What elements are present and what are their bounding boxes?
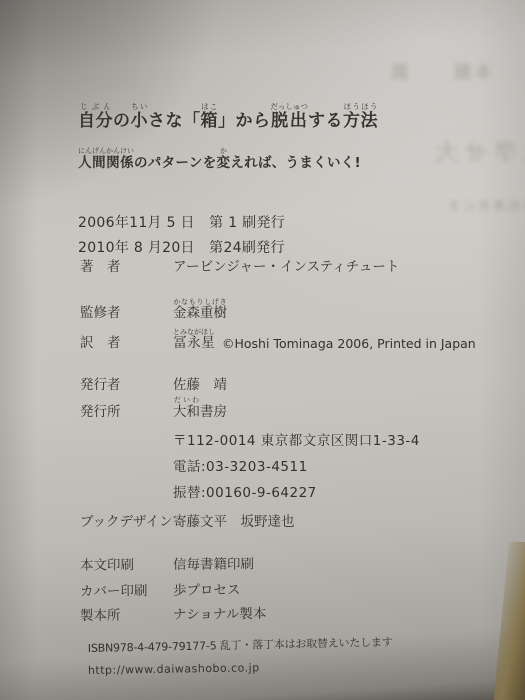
showthrough-text: 上学せ大 (415, 136, 525, 167)
book-design-value: 寄藤文平 坂野達也 (173, 514, 295, 531)
current-printing-line: 2010年 8 月20日 第24刷発行 (78, 236, 285, 261)
bindery-label: 製本所 (80, 607, 173, 625)
showthrough-text: 車松巣世にま (415, 197, 525, 214)
copyright-notice: ©Hoshi Tominaga 2006, Printed in Japan (222, 336, 476, 352)
book-title: 自分じぶんの 小ちいさな「 箱はこ」から 脱出だっしゅつする 方法ほうほう (78, 102, 378, 131)
first-printing-line: 2006年11月 5 日 第 1 刷発行 (78, 211, 285, 236)
isbn-line: ISBN978-4-479-79177-5 乱丁・落丁本はお取替えいたします (88, 634, 393, 656)
publisher-row: 発行所 大和だいわ書房 (80, 389, 227, 421)
supervisor-value: 金森重樹かなもりしげき (173, 298, 227, 322)
text-printing-row: 本文印刷 信毎書籍印刷 (80, 556, 254, 574)
publisher-postal-transfer: 振替:00160-9-64227 (173, 481, 317, 501)
text-printing-value: 信毎書籍印刷 (173, 556, 254, 573)
publisher-label: 発行所 (80, 404, 173, 421)
text-printing-label: 本文印刷 (80, 557, 173, 575)
publisher-website-url: http://www.daiwashobo.co.jp (88, 661, 260, 677)
bindery-value: ナショナル製本 (173, 606, 266, 624)
translator-label: 訳 者 (80, 335, 173, 352)
translator-value: 冨永とみなが星ほし (173, 328, 215, 352)
book-design-label: ブックデザイン (80, 514, 173, 531)
cover-printing-row: カバー印刷 歩プロセス (80, 582, 241, 600)
book-colophon-photo: { "page": { "title": { "segments": [ {"b… (0, 0, 525, 700)
cover-printing-label: カバー印刷 (80, 583, 173, 601)
book-subtitle: 人間関係にんげんかんけいのパターンを 変かえれば、うまくいく! (78, 147, 361, 171)
printing-history: 2006年11月 5 日 第 1 刷発行 2010年 8 月20日 第24刷発行 (78, 211, 285, 260)
publisher-phone: 電話:03-3203-4511 (173, 455, 308, 475)
bindery-row: 製本所 ナショナル製本 (80, 606, 266, 625)
publisher-address: 〒112-0014 東京都文京区関口1-33-4 (173, 429, 420, 449)
translator-row: 訳 者 冨永とみなが星ほし ©Hoshi Tominaga 2006, Prin… (80, 320, 476, 352)
cover-printing-value: 歩プロセス (173, 582, 241, 599)
author-row: 著 者 アービンジャー・インスティチュート (80, 259, 399, 276)
book-design-row: ブックデザイン 寄藤文平 坂野達也 (80, 514, 295, 531)
supervisor-row: 監修者 金森重樹かなもりしげき (80, 290, 227, 322)
publisher-value: 大和だいわ書房 (173, 396, 227, 421)
showthrough-text: 本服 説 (292, 58, 492, 83)
author-label: 著 者 (80, 259, 173, 276)
author-value: アービンジャー・インスティチュート (173, 259, 399, 276)
colophon-page: 本服 説 上学せ大 車松巣世にま 自分じぶんの 小ちいさな「 箱はこ」から 脱出… (0, 0, 525, 700)
